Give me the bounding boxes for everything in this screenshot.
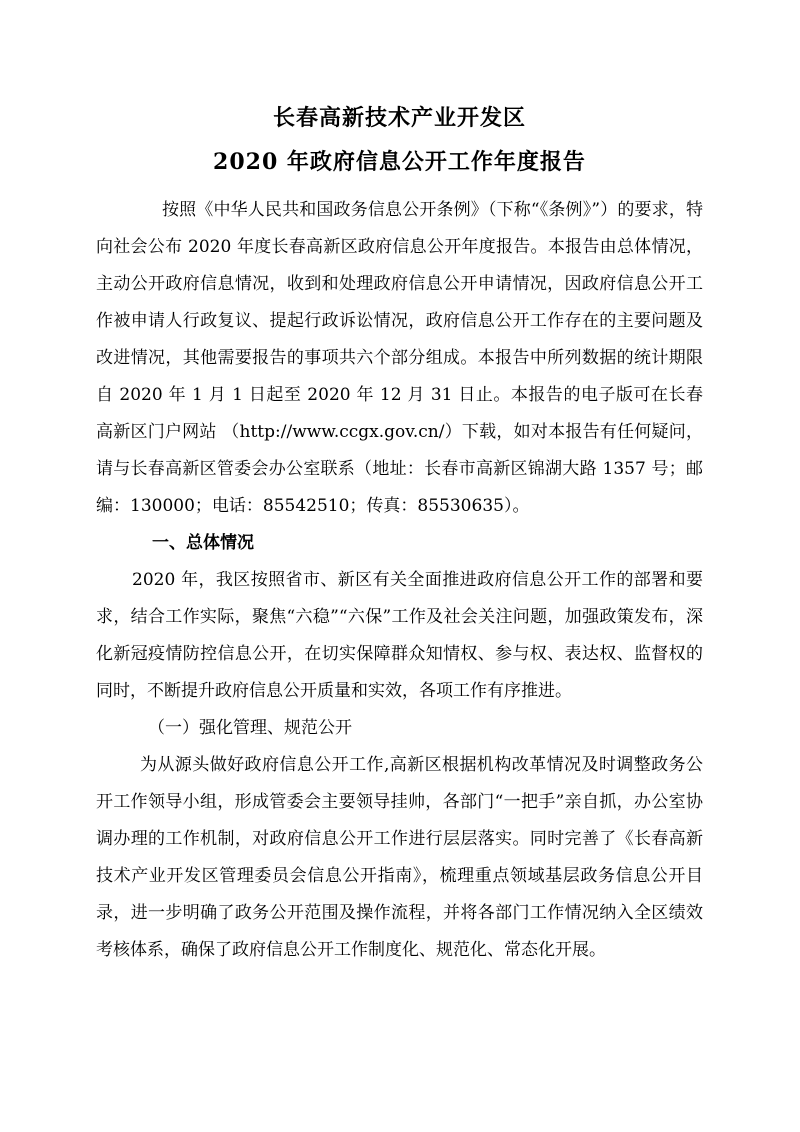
subsection-1-paragraph: 为从源头做好政府信息公开工作,高新区根据机构改革情况及时调整政务公开工作领导小组… [96, 747, 703, 969]
section-1-overview-paragraph: 2020 年，我区按照省市、新区有关全面推进政府信息公开工作的部署和要求，结合工… [96, 562, 703, 710]
section-1-heading: 一、总体情况 [96, 525, 703, 562]
report-body: 按照《中华人民共和国政务信息公开条例》（下称“《条例》”）的要求，特向社会公布 … [96, 192, 703, 969]
report-title-line-1: 长春高新技术产业开发区 [96, 96, 703, 140]
report-page: 长春高新技术产业开发区 2020 年政府信息公开工作年度报告 按照《中华人民共和… [0, 0, 800, 1132]
intro-paragraph: 按照《中华人民共和国政务信息公开条例》（下称“《条例》”）的要求，特向社会公布 … [96, 192, 703, 525]
report-title-line-2: 2020 年政府信息公开工作年度报告 [96, 140, 703, 184]
subsection-1-heading: （一）强化管理、规范公开 [96, 710, 703, 747]
